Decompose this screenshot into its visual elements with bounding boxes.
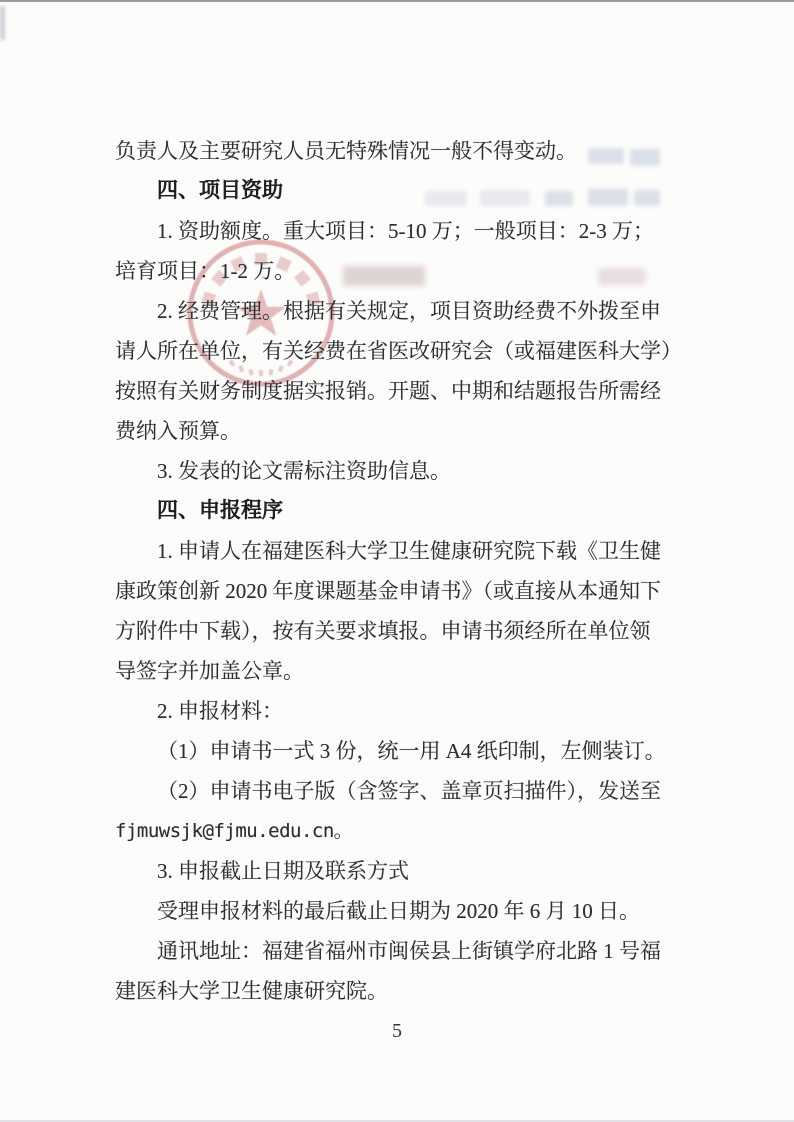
text-line: 建医科大学卫生健康研究院。 — [115, 971, 690, 1011]
text-line: 费纳入预算。 — [115, 411, 690, 451]
scan-edge-top — [0, 0, 794, 2]
document-page: 负责人及主要研究人员无特殊情况一般不得变动。四、项目资助1. 资助额度。重大项目… — [0, 0, 794, 1122]
text-line: 3. 申报截止日期及联系方式 — [115, 851, 690, 891]
text-line: 1. 资助额度。重大项目：5-10 万；一般项目：2-3 万； — [115, 211, 690, 251]
text-line: 负责人及主要研究人员无特殊情况一般不得变动。 — [115, 131, 690, 171]
text-line: 培育项目：1-2 万。 — [115, 251, 690, 291]
text-line: 按照有关财务制度据实报销。开题、中期和结题报告所需经 — [115, 371, 690, 411]
section-heading-line: 四、申报程序 — [115, 491, 690, 531]
text-line: 请人所在单位，有关经费在省医改研究会（或福建医科大学） — [115, 331, 690, 371]
page-number: 5 — [0, 1017, 794, 1045]
section-heading-line: 四、项目资助 — [115, 171, 690, 211]
text-line: 方附件中下载），按有关要求填报。申请书须经所在单位领 — [115, 611, 690, 651]
text-line: 2. 申报材料： — [115, 691, 690, 731]
text-line: （2）申请书电子版（含签字、盖章页扫描件），发送至 — [115, 771, 690, 811]
scan-speck — [0, 6, 5, 40]
text-line: 通讯地址：福建省福州市闽侯县上街镇学府北路 1 号福 — [115, 931, 690, 971]
text-line: 2. 经费管理。根据有关规定，项目资助经费不外拨至申 — [115, 291, 690, 331]
text-line: fjmuwsjk@fjmu.edu.cn。 — [115, 811, 690, 851]
text-line: 导签字并加盖公章。 — [115, 651, 690, 691]
text-line: 康政策创新 2020 年度课题基金申请书》（或直接从本通知下 — [115, 571, 690, 611]
text-line: （1）申请书一式 3 份，统一用 A4 纸印制，左侧装订。 — [115, 731, 690, 771]
text-line: 1. 申请人在福建医科大学卫生健康研究院下载《卫生健 — [115, 531, 690, 571]
text-line: 受理申报材料的最后截止日期为 2020 年 6 月 10 日。 — [115, 891, 690, 931]
text-line: 3. 发表的论文需标注资助信息。 — [115, 451, 690, 491]
document-body: 负责人及主要研究人员无特殊情况一般不得变动。四、项目资助1. 资助额度。重大项目… — [115, 131, 690, 1011]
